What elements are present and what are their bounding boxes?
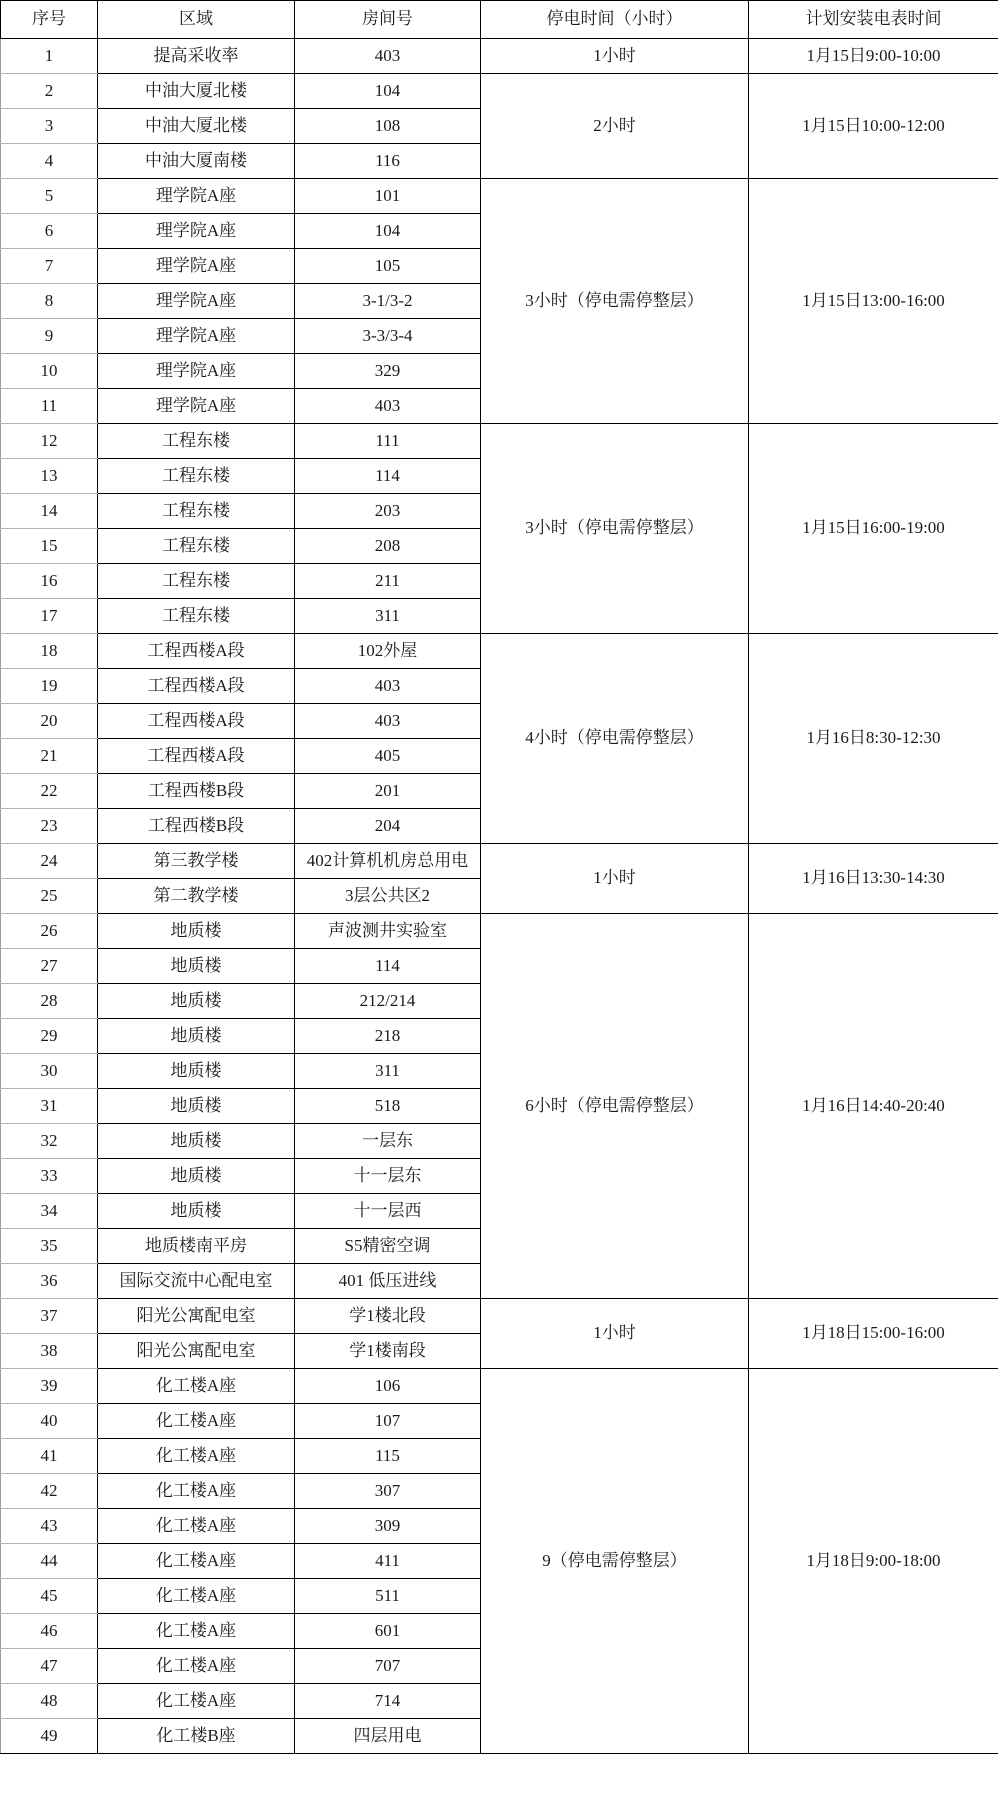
room-cell: 707: [295, 1649, 481, 1684]
row-number-cell: 1: [1, 39, 98, 74]
row-number-cell: 39: [1, 1369, 98, 1404]
row-number-cell: 33: [1, 1159, 98, 1194]
area-cell: 地质楼: [98, 1019, 295, 1054]
area-cell: 地质楼: [98, 1159, 295, 1194]
row-number-cell: 6: [1, 214, 98, 249]
room-cell: 108: [295, 109, 481, 144]
room-cell: 403: [295, 704, 481, 739]
room-cell: 403: [295, 389, 481, 424]
row-number-cell: 26: [1, 914, 98, 949]
room-cell: S5精密空调: [295, 1229, 481, 1264]
room-cell: 201: [295, 774, 481, 809]
row-number-cell: 19: [1, 669, 98, 704]
row-number-cell: 9: [1, 319, 98, 354]
outage-duration-cell: 3小时（停电需停整层）: [481, 179, 749, 424]
area-cell: 地质楼: [98, 914, 295, 949]
install-time-cell: 1月15日13:00-16:00: [749, 179, 998, 424]
column-header-room: 房间号: [295, 1, 481, 39]
page: 序号 区域 房间号 停电时间（小时） 计划安装电表时间 1提高采收率4031小时…: [0, 0, 998, 1795]
room-cell: 212/214: [295, 984, 481, 1019]
row-number-cell: 47: [1, 1649, 98, 1684]
table-row: 37阳光公寓配电室学1楼北段1小时1月18日15:00-16:00: [1, 1299, 998, 1334]
row-number-cell: 32: [1, 1124, 98, 1159]
room-cell: 111: [295, 424, 481, 459]
row-number-cell: 49: [1, 1719, 98, 1754]
area-cell: 工程东楼: [98, 564, 295, 599]
outage-duration-cell: 1小时: [481, 844, 749, 914]
area-cell: 地质楼: [98, 1089, 295, 1124]
install-time-cell: 1月18日15:00-16:00: [749, 1299, 998, 1369]
room-cell: 309: [295, 1509, 481, 1544]
room-cell: 声波测井实验室: [295, 914, 481, 949]
area-cell: 化工楼A座: [98, 1614, 295, 1649]
row-number-cell: 25: [1, 879, 98, 914]
table-row: 1提高采收率4031小时1月15日9:00-10:00: [1, 39, 998, 74]
area-cell: 工程东楼: [98, 599, 295, 634]
row-number-cell: 10: [1, 354, 98, 389]
area-cell: 中油大厦北楼: [98, 74, 295, 109]
row-number-cell: 17: [1, 599, 98, 634]
room-cell: 116: [295, 144, 481, 179]
row-number-cell: 8: [1, 284, 98, 319]
area-cell: 化工楼A座: [98, 1474, 295, 1509]
room-cell: 403: [295, 669, 481, 704]
area-cell: 第二教学楼: [98, 879, 295, 914]
room-cell: 329: [295, 354, 481, 389]
row-number-cell: 27: [1, 949, 98, 984]
row-number-cell: 13: [1, 459, 98, 494]
area-cell: 地质楼: [98, 1194, 295, 1229]
room-cell: 3层公共区2: [295, 879, 481, 914]
install-time-cell: 1月15日10:00-12:00: [749, 74, 998, 179]
room-cell: 3-3/3-4: [295, 319, 481, 354]
row-number-cell: 45: [1, 1579, 98, 1614]
area-cell: 化工楼A座: [98, 1544, 295, 1579]
room-cell: 211: [295, 564, 481, 599]
area-cell: 第三教学楼: [98, 844, 295, 879]
row-number-cell: 16: [1, 564, 98, 599]
room-cell: 411: [295, 1544, 481, 1579]
area-cell: 工程西楼B段: [98, 774, 295, 809]
column-header-outage-duration: 停电时间（小时）: [481, 1, 749, 39]
table-row: 5理学院A座1013小时（停电需停整层）1月15日13:00-16:00: [1, 179, 998, 214]
room-cell: 402计算机机房总用电: [295, 844, 481, 879]
area-cell: 工程西楼A段: [98, 669, 295, 704]
outage-duration-cell: 1小时: [481, 1299, 749, 1369]
row-number-cell: 24: [1, 844, 98, 879]
room-cell: 114: [295, 459, 481, 494]
outage-duration-cell: 6小时（停电需停整层）: [481, 914, 749, 1299]
table-header-row: 序号 区域 房间号 停电时间（小时） 计划安装电表时间: [1, 1, 998, 39]
install-time-cell: 1月15日9:00-10:00: [749, 39, 998, 74]
install-time-cell: 1月16日13:30-14:30: [749, 844, 998, 914]
area-cell: 理学院A座: [98, 354, 295, 389]
area-cell: 地质楼: [98, 984, 295, 1019]
area-cell: 工程西楼A段: [98, 739, 295, 774]
outage-duration-cell: 3小时（停电需停整层）: [481, 424, 749, 634]
row-number-cell: 21: [1, 739, 98, 774]
area-cell: 理学院A座: [98, 284, 295, 319]
row-number-cell: 7: [1, 249, 98, 284]
room-cell: 3-1/3-2: [295, 284, 481, 319]
area-cell: 工程西楼B段: [98, 809, 295, 844]
install-time-cell: 1月16日14:40-20:40: [749, 914, 998, 1299]
row-number-cell: 40: [1, 1404, 98, 1439]
row-number-cell: 41: [1, 1439, 98, 1474]
room-cell: 学1楼南段: [295, 1334, 481, 1369]
room-cell: 十一层西: [295, 1194, 481, 1229]
room-cell: 104: [295, 214, 481, 249]
room-cell: 311: [295, 1054, 481, 1089]
room-cell: 203: [295, 494, 481, 529]
row-number-cell: 31: [1, 1089, 98, 1124]
area-cell: 工程东楼: [98, 494, 295, 529]
area-cell: 化工楼A座: [98, 1439, 295, 1474]
row-number-cell: 2: [1, 74, 98, 109]
area-cell: 理学院A座: [98, 179, 295, 214]
table-row: 39化工楼A座1069（停电需停整层）1月18日9:00-18:00: [1, 1369, 998, 1404]
room-cell: 102外屋: [295, 634, 481, 669]
area-cell: 地质楼: [98, 1054, 295, 1089]
room-cell: 403: [295, 39, 481, 74]
room-cell: 405: [295, 739, 481, 774]
outage-duration-cell: 1小时: [481, 39, 749, 74]
room-cell: 601: [295, 1614, 481, 1649]
column-header-area: 区域: [98, 1, 295, 39]
room-cell: 401 低压进线: [295, 1264, 481, 1299]
row-number-cell: 48: [1, 1684, 98, 1719]
table-row: 2中油大厦北楼1042小时1月15日10:00-12:00: [1, 74, 998, 109]
room-cell: 107: [295, 1404, 481, 1439]
area-cell: 理学院A座: [98, 319, 295, 354]
row-number-cell: 14: [1, 494, 98, 529]
row-number-cell: 11: [1, 389, 98, 424]
room-cell: 105: [295, 249, 481, 284]
row-number-cell: 4: [1, 144, 98, 179]
row-number-cell: 5: [1, 179, 98, 214]
room-cell: 204: [295, 809, 481, 844]
room-cell: 511: [295, 1579, 481, 1614]
row-number-cell: 34: [1, 1194, 98, 1229]
row-number-cell: 46: [1, 1614, 98, 1649]
column-header-row-number: 序号: [1, 1, 98, 39]
area-cell: 阳光公寓配电室: [98, 1334, 295, 1369]
room-cell: 一层东: [295, 1124, 481, 1159]
area-cell: 地质楼: [98, 949, 295, 984]
area-cell: 工程东楼: [98, 459, 295, 494]
room-cell: 307: [295, 1474, 481, 1509]
room-cell: 208: [295, 529, 481, 564]
area-cell: 理学院A座: [98, 249, 295, 284]
room-cell: 114: [295, 949, 481, 984]
row-number-cell: 20: [1, 704, 98, 739]
row-number-cell: 37: [1, 1299, 98, 1334]
room-cell: 101: [295, 179, 481, 214]
area-cell: 工程东楼: [98, 529, 295, 564]
table-row: 18工程西楼A段102外屋4小时（停电需停整层）1月16日8:30-12:30: [1, 634, 998, 669]
outage-duration-cell: 2小时: [481, 74, 749, 179]
area-cell: 国际交流中心配电室: [98, 1264, 295, 1299]
row-number-cell: 38: [1, 1334, 98, 1369]
row-number-cell: 35: [1, 1229, 98, 1264]
table-row: 12工程东楼1113小时（停电需停整层）1月15日16:00-19:00: [1, 424, 998, 459]
row-number-cell: 42: [1, 1474, 98, 1509]
area-cell: 化工楼A座: [98, 1404, 295, 1439]
column-header-install-time: 计划安装电表时间: [749, 1, 998, 39]
room-cell: 四层用电: [295, 1719, 481, 1754]
area-cell: 工程西楼A段: [98, 704, 295, 739]
row-number-cell: 18: [1, 634, 98, 669]
outage-duration-cell: 4小时（停电需停整层）: [481, 634, 749, 844]
install-time-cell: 1月15日16:00-19:00: [749, 424, 998, 634]
table-body: 1提高采收率4031小时1月15日9:00-10:002中油大厦北楼1042小时…: [1, 39, 998, 1754]
area-cell: 化工楼A座: [98, 1684, 295, 1719]
row-number-cell: 43: [1, 1509, 98, 1544]
room-cell: 714: [295, 1684, 481, 1719]
room-cell: 311: [295, 599, 481, 634]
area-cell: 理学院A座: [98, 389, 295, 424]
install-time-cell: 1月16日8:30-12:30: [749, 634, 998, 844]
outage-duration-cell: 9（停电需停整层）: [481, 1369, 749, 1754]
area-cell: 中油大厦南楼: [98, 144, 295, 179]
room-cell: 104: [295, 74, 481, 109]
area-cell: 化工楼A座: [98, 1579, 295, 1614]
area-cell: 化工楼A座: [98, 1509, 295, 1544]
install-time-cell: 1月18日9:00-18:00: [749, 1369, 998, 1754]
area-cell: 化工楼A座: [98, 1649, 295, 1684]
room-cell: 106: [295, 1369, 481, 1404]
table-row: 24第三教学楼402计算机机房总用电1小时1月16日13:30-14:30: [1, 844, 998, 879]
area-cell: 工程西楼A段: [98, 634, 295, 669]
row-number-cell: 28: [1, 984, 98, 1019]
row-number-cell: 15: [1, 529, 98, 564]
area-cell: 理学院A座: [98, 214, 295, 249]
row-number-cell: 44: [1, 1544, 98, 1579]
table-row: 26地质楼声波测井实验室6小时（停电需停整层）1月16日14:40-20:40: [1, 914, 998, 949]
row-number-cell: 36: [1, 1264, 98, 1299]
area-cell: 中油大厦北楼: [98, 109, 295, 144]
room-cell: 十一层东: [295, 1159, 481, 1194]
row-number-cell: 3: [1, 109, 98, 144]
area-cell: 阳光公寓配电室: [98, 1299, 295, 1334]
row-number-cell: 22: [1, 774, 98, 809]
room-cell: 518: [295, 1089, 481, 1124]
area-cell: 地质楼南平房: [98, 1229, 295, 1264]
area-cell: 提高采收率: [98, 39, 295, 74]
area-cell: 化工楼B座: [98, 1719, 295, 1754]
room-cell: 218: [295, 1019, 481, 1054]
table-header: 序号 区域 房间号 停电时间（小时） 计划安装电表时间: [1, 1, 998, 39]
area-cell: 地质楼: [98, 1124, 295, 1159]
area-cell: 工程东楼: [98, 424, 295, 459]
row-number-cell: 30: [1, 1054, 98, 1089]
power-outage-schedule-table: 序号 区域 房间号 停电时间（小时） 计划安装电表时间 1提高采收率4031小时…: [0, 0, 998, 1754]
area-cell: 化工楼A座: [98, 1369, 295, 1404]
row-number-cell: 12: [1, 424, 98, 459]
row-number-cell: 23: [1, 809, 98, 844]
row-number-cell: 29: [1, 1019, 98, 1054]
room-cell: 学1楼北段: [295, 1299, 481, 1334]
room-cell: 115: [295, 1439, 481, 1474]
